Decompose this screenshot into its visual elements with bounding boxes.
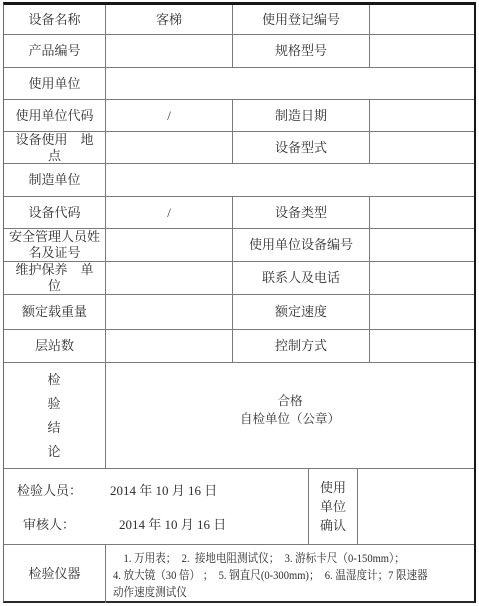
instruments-body: 1. 万用表； 2. 接地电阻测试仪； 3. 游标卡尺（0-150mm）； 4.… [106, 545, 474, 603]
label-device-name: 设备名称 [4, 5, 106, 34]
label-device-model: 设备型式 [233, 132, 370, 163]
elevator-inspection-form-page: 设备名称 客梯 使用登记编号 产品编号 规格型号 使用单位 使用单位代码 / 制… [0, 0, 479, 606]
table-row: 设备使用 地 点 设备型式 [4, 132, 474, 164]
value-device-name: 客梯 [106, 5, 233, 34]
value-device-type [370, 197, 474, 228]
label-user-unit-code: 使用单位代码 [4, 100, 106, 131]
label-floor-count: 层站数 [4, 330, 106, 362]
value-safety-manager [106, 229, 233, 261]
table-row: 使用单位代码 / 制造日期 [4, 100, 474, 132]
table-row: 使用单位 [4, 68, 474, 100]
reviewer-line: 审核人： 2014 年 10 月 16 日 [17, 514, 308, 533]
table-row: 安全管理人员姓 名及证号 使用单位设备编号 [4, 229, 474, 262]
conclusion-result: 合格 [277, 392, 302, 410]
instruments-content: 1. 万用表； 2. 接地电阻测试仪； 3. 游标卡尺（0-150mm）； 4.… [113, 550, 428, 601]
label-unit-device-no: 使用单位设备编号 [233, 229, 370, 261]
conclusion-row: 检 验 结 论 合格 自检单位（公章） [4, 363, 474, 469]
table-row: 制造单位 [4, 164, 474, 197]
label-user-unit-confirm: 使用 单位 确认 [309, 469, 358, 544]
label-user-unit: 使用单位 [4, 68, 106, 99]
value-control-mode [370, 330, 474, 362]
inspector-line: 检验人员： 2014 年 10 月 16 日 [17, 480, 308, 499]
table-row: 维护保养 单 位 联系人及电话 [4, 262, 474, 295]
value-rated-speed [370, 295, 474, 329]
conclusion-seal-line: 自检单位（公章） [240, 410, 340, 428]
value-unit-device-no [370, 229, 474, 261]
label-spec-model: 规格型号 [233, 35, 370, 67]
label-control-mode: 控制方式 [233, 330, 370, 362]
conclusion-body: 合格 自检单位（公章） [106, 363, 474, 468]
label-safety-manager: 安全管理人员姓 名及证号 [4, 229, 106, 261]
label-product-no: 产品编号 [4, 35, 106, 67]
label-rated-speed: 额定速度 [233, 295, 370, 329]
value-manufacturer [106, 164, 474, 196]
value-maintenance-unit [106, 262, 233, 294]
value-user-unit-code: / [106, 100, 233, 131]
table-row: 设备名称 客梯 使用登记编号 [4, 5, 474, 35]
label-usage-location: 设备使用 地 点 [4, 132, 106, 163]
value-device-code: / [106, 197, 233, 228]
instruments-row: 检验仪器 1. 万用表； 2. 接地电阻测试仪； 3. 游标卡尺（0-150mm… [4, 545, 474, 603]
signoff-row: 检验人员： 2014 年 10 月 16 日 审核人： 2014 年 10 月 … [4, 469, 474, 545]
label-manufacture-date: 制造日期 [233, 100, 370, 131]
value-user-unit [106, 68, 474, 99]
value-manufacture-date [370, 100, 474, 131]
value-usage-location [106, 132, 233, 163]
table-row: 额定载重量 额定速度 [4, 295, 474, 330]
value-floor-count [106, 330, 233, 362]
label-inspection-conclusion: 检 验 结 论 [4, 363, 106, 468]
label-registration-no: 使用登记编号 [233, 5, 370, 34]
reviewer-date: 2014 年 10 月 16 日 [119, 514, 226, 533]
table-row: 设备代码 / 设备类型 [4, 197, 474, 229]
value-user-unit-confirm [358, 469, 474, 544]
label-contact-phone: 联系人及电话 [233, 262, 370, 294]
table-row: 层站数 控制方式 [4, 330, 474, 363]
reviewer-label: 审核人： [23, 514, 75, 533]
inspector-label: 检验人员： [17, 480, 82, 499]
value-spec-model [370, 35, 474, 67]
label-device-code: 设备代码 [4, 197, 106, 228]
label-maintenance-unit: 维护保养 单 位 [4, 262, 106, 294]
label-device-type: 设备类型 [233, 197, 370, 228]
value-product-no [106, 35, 233, 67]
label-instruments: 检验仪器 [4, 545, 106, 603]
value-device-model [370, 132, 474, 163]
value-registration-no [370, 5, 474, 34]
inspector-date: 2014 年 10 月 16 日 [110, 480, 217, 499]
inspection-form-table: 设备名称 客梯 使用登记编号 产品编号 规格型号 使用单位 使用单位代码 / 制… [3, 2, 476, 603]
signoff-cell: 检验人员： 2014 年 10 月 16 日 审核人： 2014 年 10 月 … [4, 469, 309, 544]
label-rated-load: 额定载重量 [4, 295, 106, 329]
value-rated-load [106, 295, 233, 329]
value-contact-phone [370, 262, 474, 294]
label-manufacturer: 制造单位 [4, 164, 106, 196]
table-row: 产品编号 规格型号 [4, 35, 474, 68]
